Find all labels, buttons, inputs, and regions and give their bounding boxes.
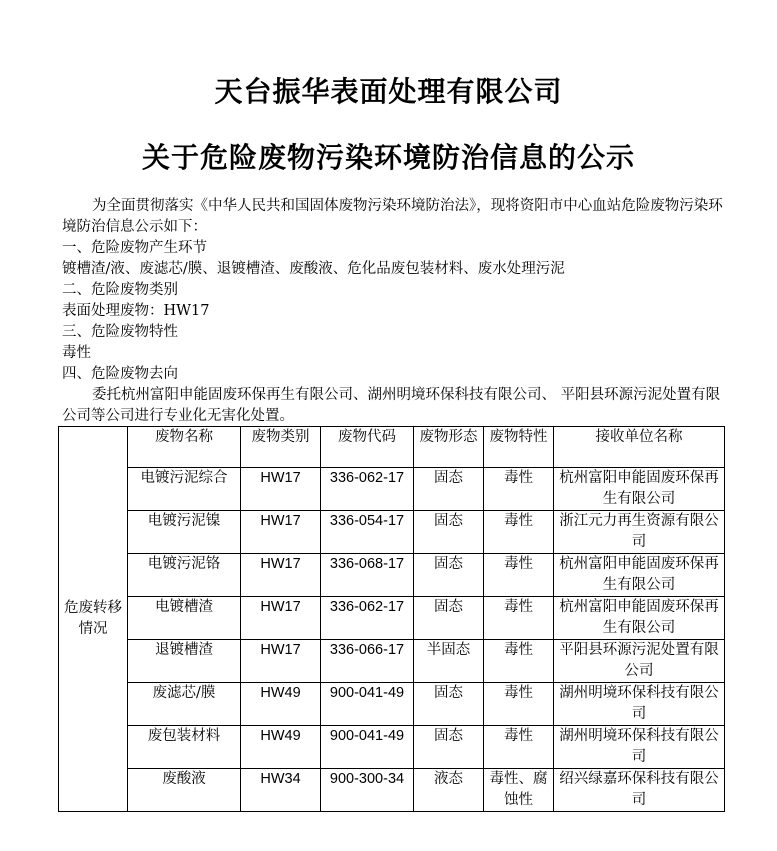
side-label: 危废转移情况 [59,427,128,812]
column-header: 废物类别 [241,427,321,468]
waste-category: HW17 [241,597,321,640]
waste-form: 半固态 [414,640,484,683]
waste-code: 336-062-17 [321,468,414,511]
waste-category: HW17 [241,468,321,511]
waste-name: 电镀污泥综合 [128,468,241,511]
waste-property: 毒性 [484,726,554,769]
section-content: 委托杭州富阳申能固废环保再生有限公司、湖州明境环保科技有限公司、 平阳县环源污泥… [62,385,724,427]
waste-name: 退镀槽渣 [128,640,241,683]
table-row: 废包装材料 HW49 900-041-49 固态 毒性 湖州明境环保科技有限公司 [59,726,725,769]
receiver-name: 杭州富阳申能固废环保再生有限公司 [554,468,725,511]
waste-name: 电镀污泥铬 [128,554,241,597]
section-heading: 三、危险废物特性 [62,322,724,343]
waste-property: 毒性 [484,683,554,726]
waste-name: 废包装材料 [128,726,241,769]
waste-form: 固态 [414,554,484,597]
table-row: 废酸液 HW34 900-300-34 液态 毒性、腐蚀性 绍兴绿嘉环保科技有限… [59,769,725,812]
waste-code: 900-041-49 [321,683,414,726]
company-title: 天台振华表面处理有限公司 [0,70,777,110]
waste-form: 固态 [414,683,484,726]
waste-code: 336-066-17 [321,640,414,683]
section-content: 毒性 [62,343,724,364]
waste-property: 毒性 [484,597,554,640]
column-header: 废物特性 [484,427,554,468]
receiver-name: 平阳县环源污泥处置有限公司 [554,640,725,683]
waste-category: HW17 [241,511,321,554]
waste-form: 固态 [414,597,484,640]
waste-property: 毒性 [484,511,554,554]
waste-name: 电镀污泥镍 [128,511,241,554]
table-row: 电镀槽渣 HW17 336-062-17 固态 毒性 杭州富阳申能固废环保再生有… [59,597,725,640]
waste-form: 液态 [414,769,484,812]
waste-code: 900-300-34 [321,769,414,812]
waste-code: 336-054-17 [321,511,414,554]
waste-category: HW49 [241,683,321,726]
waste-property: 毒性 [484,554,554,597]
receiver-name: 杭州富阳申能固废环保再生有限公司 [554,597,725,640]
waste-form: 固态 [414,468,484,511]
notice-title: 关于危险废物污染环境防治信息的公示 [0,136,777,176]
waste-category: HW34 [241,769,321,812]
section-heading: 一、危险废物产生环节 [62,238,724,259]
waste-category: HW17 [241,554,321,597]
receiver-name: 浙江元力再生资源有限公司 [554,511,725,554]
section-content: 表面处理废物：HW17 [62,301,724,322]
section-content: 镀槽渣/液、废滤芯/膜、退镀槽渣、废酸液、危化品废包装材料、废水处理污泥 [62,259,724,280]
column-header: 废物名称 [128,427,241,468]
waste-code: 336-068-17 [321,554,414,597]
section-heading: 四、危险废物去向 [62,364,724,385]
receiver-name: 杭州富阳申能固废环保再生有限公司 [554,554,725,597]
waste-name: 废酸液 [128,769,241,812]
table-row: 电镀污泥综合 HW17 336-062-17 固态 毒性 杭州富阳申能固废环保再… [59,468,725,511]
waste-property: 毒性 [484,640,554,683]
table-row: 废滤芯/膜 HW49 900-041-49 固态 毒性 湖州明境环保科技有限公司 [59,683,725,726]
section-heading: 二、危险废物类别 [62,280,724,301]
receiver-name: 湖州明境环保科技有限公司 [554,683,725,726]
waste-category: HW49 [241,726,321,769]
receiver-name: 绍兴绿嘉环保科技有限公司 [554,769,725,812]
waste-category: HW17 [241,640,321,683]
waste-name: 电镀槽渣 [128,597,241,640]
table-header-row: 危废转移情况 废物名称 废物类别 废物代码 废物形态 废物特性 接收单位名称 [59,427,725,468]
waste-form: 固态 [414,726,484,769]
waste-code: 900-041-49 [321,726,414,769]
column-header: 废物形态 [414,427,484,468]
waste-property: 毒性 [484,468,554,511]
column-header: 废物代码 [321,427,414,468]
waste-form: 固态 [414,511,484,554]
table-row: 退镀槽渣 HW17 336-066-17 半固态 毒性 平阳县环源污泥处置有限公… [59,640,725,683]
waste-name: 废滤芯/膜 [128,683,241,726]
notice-body: 为全面贯彻落实《中华人民共和国固体废物污染环境防治法》，现将资阳市中心血站危险废… [62,196,724,427]
column-header: 接收单位名称 [554,427,725,468]
receiver-name: 湖州明境环保科技有限公司 [554,726,725,769]
waste-code: 336-062-17 [321,597,414,640]
intro-paragraph: 为全面贯彻落实《中华人民共和国固体废物污染环境防治法》，现将资阳市中心血站危险废… [62,196,724,238]
table-row: 电镀污泥铬 HW17 336-068-17 固态 毒性 杭州富阳申能固废环保再生… [59,554,725,597]
table-row: 电镀污泥镍 HW17 336-054-17 固态 毒性 浙江元力再生资源有限公司 [59,511,725,554]
waste-transfer-table: 危废转移情况 废物名称 废物类别 废物代码 废物形态 废物特性 接收单位名称 电… [58,426,725,812]
waste-property: 毒性、腐蚀性 [484,769,554,812]
